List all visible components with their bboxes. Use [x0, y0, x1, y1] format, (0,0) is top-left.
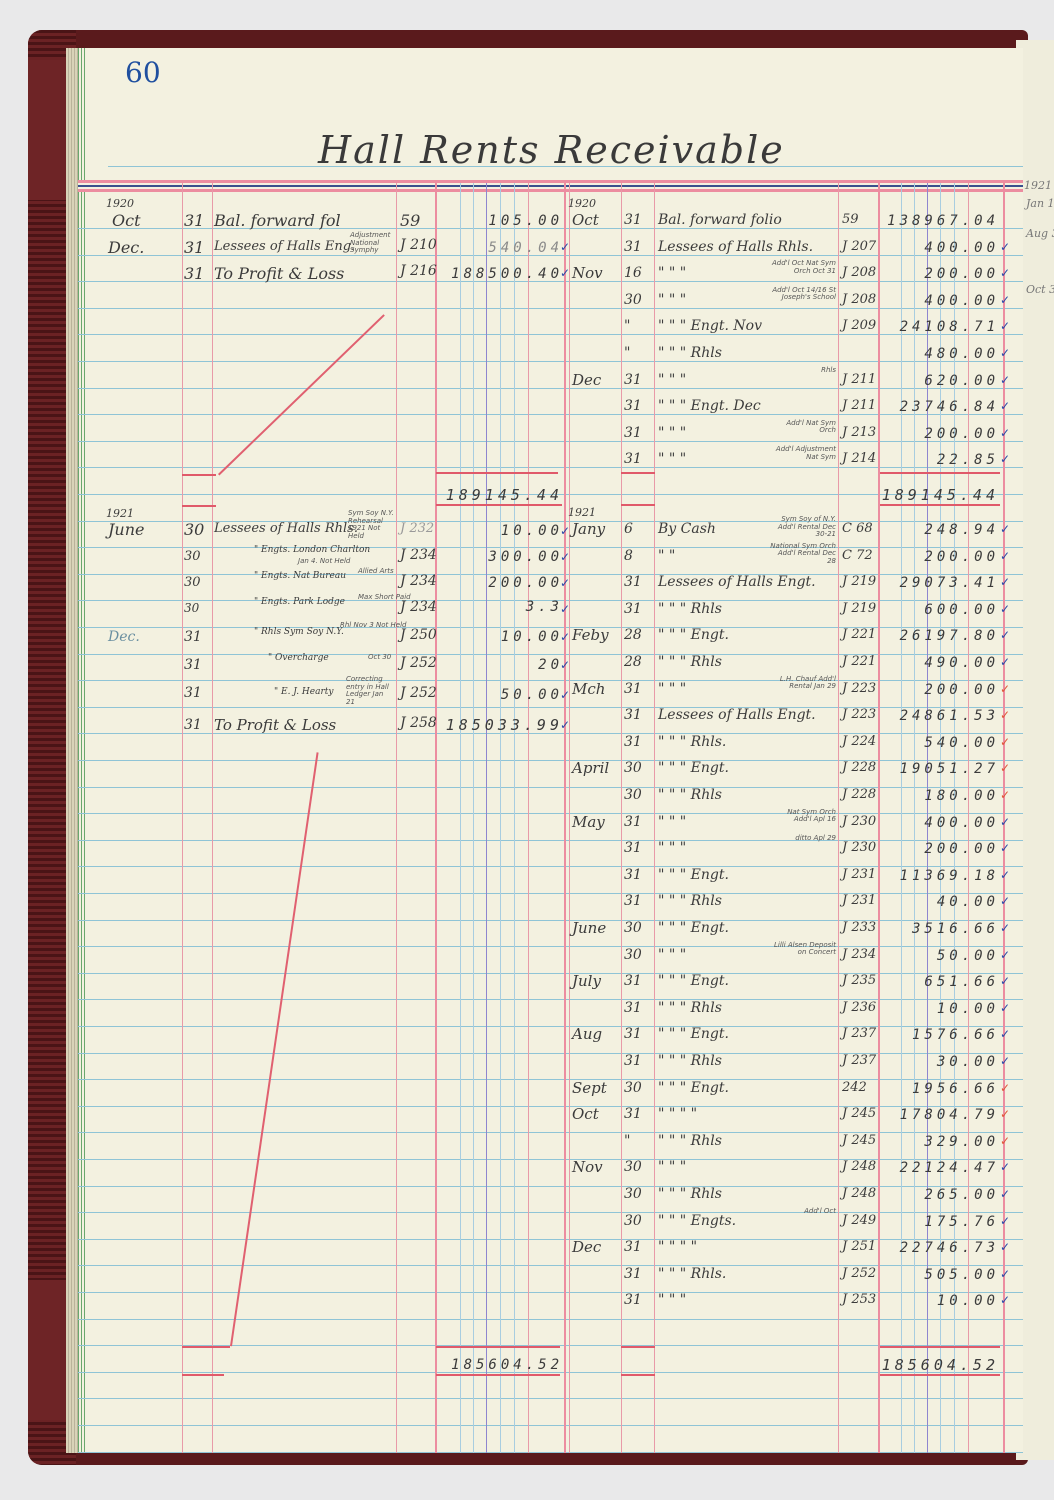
entry-note: ditto Apl 29: [768, 835, 836, 843]
closing-rule: [621, 1346, 655, 1348]
entry-month: July: [572, 974, 601, 989]
entry-particulars: " Rhls Sym Soy N.Y.: [254, 628, 344, 637]
entry-day: 30: [624, 1081, 642, 1095]
column-rule: [182, 183, 183, 1453]
entry-folio: J 233: [842, 921, 876, 934]
entry-folio: J 249: [842, 1214, 876, 1227]
entry-month: June: [572, 921, 606, 936]
entry-note: Lilli Alsen Deposit on Concert: [768, 942, 836, 957]
check-mark-icon: ✓: [560, 602, 570, 616]
check-mark-icon: ✓: [1000, 426, 1010, 440]
entry-folio: J 234: [400, 574, 437, 588]
entry-folio: J 251: [842, 1240, 876, 1253]
closing-diagonal-line: [218, 314, 384, 475]
check-mark-icon: ✓: [560, 524, 570, 538]
entry-amount: 22746.73: [900, 1241, 999, 1255]
entry-particulars: " " ": [658, 426, 686, 440]
entry-folio: J 211: [842, 399, 876, 412]
entry-amount: 50.00: [937, 949, 999, 963]
entry-day: 31: [624, 1001, 642, 1015]
entry-amount: 651.66: [924, 975, 999, 989]
entry-particulars: " " ": [658, 682, 686, 696]
check-mark-icon: ✓: [1000, 373, 1010, 387]
entry-amount: 19051.27: [900, 762, 999, 776]
entry-folio: J 252: [400, 686, 437, 700]
entry-particulars: Lessees of Halls Engt.: [658, 575, 816, 589]
horizontal-rule: [78, 361, 1023, 362]
entry-particulars: " " " ": [658, 1240, 697, 1254]
column-rule: [654, 183, 655, 1453]
horizontal-rule: [78, 999, 1023, 1000]
entry-amount: 300.00: [488, 550, 563, 564]
entry-folio: J 234: [400, 548, 437, 562]
entry-folio: J 223: [842, 682, 876, 695]
column-rule: [460, 183, 461, 1453]
check-mark-icon: ✓: [1000, 1293, 1010, 1307]
entry-amount: 22124.47: [900, 1161, 999, 1175]
title-underline: [108, 166, 1023, 167]
horizontal-rule: [78, 388, 1023, 389]
column-rule: [473, 183, 474, 1453]
entry-day: 30: [184, 576, 201, 589]
entry-amount: 200.00: [924, 267, 999, 281]
column-rule: [564, 183, 566, 1453]
entry-amount: 540.00: [924, 736, 999, 750]
credit-footer-total: 185604.52: [882, 1358, 999, 1373]
horizontal-rule: [78, 1053, 1023, 1054]
entry-day: 31: [624, 399, 642, 413]
entry-note: Add'l Oct: [768, 1208, 836, 1216]
entry-day: 31: [624, 602, 642, 616]
entry-day: 31: [184, 213, 204, 229]
entry-amount: 200.00: [924, 683, 999, 697]
horizontal-rule: [78, 1212, 1023, 1213]
check-mark-icon: ✓: [1000, 735, 1010, 749]
entry-amount: 188500.40: [451, 267, 563, 281]
closing-double-rule: [182, 1374, 224, 1376]
entry-particulars: " " " Rhls: [658, 1187, 722, 1201]
entry-folio: J 230: [842, 815, 876, 828]
horizontal-rule: [78, 1398, 1023, 1399]
entry-folio: J 258: [400, 716, 437, 730]
entry-day: 31: [624, 1293, 642, 1307]
entry-amount: 138967.04: [887, 214, 999, 228]
closing-rule: [436, 1346, 560, 1348]
check-mark-icon: ✓: [1000, 1001, 1010, 1015]
entry-day: 30: [624, 921, 642, 935]
entry-day: 31: [624, 682, 642, 696]
entry-particulars: Bal. forward folio: [658, 213, 782, 227]
horizontal-rule: [78, 1425, 1023, 1426]
entry-folio: J 237: [842, 1027, 876, 1040]
entry-day: 30: [624, 1160, 642, 1174]
entry-particulars: " " " Rhls: [658, 788, 722, 802]
entry-day: 31: [624, 894, 642, 908]
closing-double-rule: [436, 504, 562, 506]
entry-particulars: " " " Rhls: [658, 655, 722, 669]
check-mark-icon: ✓: [1000, 240, 1010, 254]
check-mark-icon: ✓: [1000, 974, 1010, 988]
entry-day: 31: [184, 240, 204, 256]
horizontal-rule: [78, 1319, 1023, 1320]
entry-day: 31: [184, 718, 202, 732]
entry-month: Oct: [572, 213, 599, 228]
entry-day: 31: [184, 658, 202, 672]
closing-rule: [880, 1346, 1000, 1348]
horizontal-rule: [78, 414, 1023, 415]
entry-day: 30: [624, 788, 642, 802]
check-mark-icon: ✓: [560, 266, 570, 280]
entry-particulars: " " ": [658, 815, 686, 829]
closing-rule: [182, 1346, 230, 1348]
entry-note: Oct 30: [368, 654, 391, 662]
entry-amount: 26197.80: [900, 629, 999, 643]
entry-amount: 200.00: [924, 427, 999, 441]
closing-rule: [880, 472, 1000, 474]
entry-particulars: " Overcharge: [268, 654, 329, 663]
check-mark-icon: ✓: [1000, 948, 1010, 962]
margin-line: [81, 48, 82, 1453]
entry-particulars: To Profit & Loss: [214, 718, 336, 733]
entry-folio: J 248: [842, 1160, 876, 1173]
credit-year: 1920: [568, 198, 596, 209]
entry-folio: C 68: [842, 522, 873, 535]
entry-amount: 620.00: [924, 374, 999, 388]
check-mark-icon: ✓: [1000, 1160, 1010, 1174]
entry-particulars: Bal. forward fol: [214, 213, 341, 229]
entry-folio: 59: [400, 213, 420, 229]
entry-month: June: [108, 522, 145, 538]
entry-day: ": [624, 319, 630, 333]
entry-day: 31: [624, 1107, 642, 1121]
entry-day: 30: [624, 293, 642, 307]
entry-folio: J 232: [400, 522, 434, 535]
entry-month: Dec: [572, 373, 601, 388]
entry-day: 31: [624, 841, 642, 855]
horizontal-rule: [78, 680, 1023, 681]
entry-folio: J 221: [842, 655, 876, 668]
entry-folio: J 207: [842, 240, 876, 253]
entry-day: 31: [184, 266, 204, 282]
check-mark-icon: ✓: [1000, 682, 1010, 696]
entry-day: 30: [624, 1214, 642, 1228]
entry-month: Nov: [572, 1160, 603, 1175]
column-rule: [528, 183, 529, 1453]
check-mark-icon: ✓: [1000, 655, 1010, 669]
entry-folio: J 219: [842, 575, 876, 588]
entry-amount: 540.04: [488, 241, 563, 255]
debit-footer-total: 185604.52: [451, 1358, 563, 1372]
entry-day: 28: [624, 628, 642, 642]
entry-particulars: " " ": [658, 266, 686, 280]
horizontal-rule: [78, 840, 1023, 841]
entry-day: 31: [624, 1240, 642, 1254]
entry-note: Sym Soy N.Y. Rehearsal 1921 Not Held: [348, 510, 398, 541]
entry-amount: 1576.66: [912, 1028, 999, 1042]
check-mark-icon: ✓: [560, 718, 570, 732]
entry-folio: J 209: [842, 319, 876, 332]
entry-particulars: " " " Engt.: [658, 921, 729, 935]
closing-double-rule: [880, 504, 1000, 506]
entry-amount: 105.00: [488, 214, 563, 228]
entry-month: Mch: [572, 682, 605, 697]
entry-folio: J 216: [400, 264, 437, 278]
entry-day: 31: [624, 240, 642, 254]
entry-folio: J 223: [842, 708, 876, 721]
entry-amount: 40.00: [937, 895, 999, 909]
column-rule: [486, 183, 487, 1453]
entry-folio: J 253: [842, 1293, 876, 1306]
check-mark-icon: ✓: [1000, 708, 1010, 722]
entry-amount: 505.00: [924, 1268, 999, 1282]
entry-particulars: " " " Engt.: [658, 1081, 729, 1095]
entry-day: 31: [624, 426, 642, 440]
entry-month: Jany: [572, 522, 605, 537]
entry-particulars: " " " Rhls: [658, 894, 722, 908]
entry-particulars: " " " Rhls.: [658, 1267, 726, 1281]
check-mark-icon: ✓: [1000, 293, 1010, 307]
entry-particulars: " " " Rhls: [658, 1054, 722, 1068]
entry-amount: 17804.79: [900, 1108, 999, 1122]
entry-amount: 1956.66: [912, 1082, 999, 1096]
entry-note: Correcting entry in Hall Ledger Jan 21: [346, 676, 394, 707]
entry-particulars: " " " Engt. Dec: [658, 399, 761, 413]
check-mark-icon: ✓: [1000, 788, 1010, 802]
margin-line: [78, 48, 79, 1453]
closing-double-rule: [621, 504, 655, 506]
horizontal-rule: [78, 441, 1023, 442]
horizontal-rule: [78, 1106, 1023, 1107]
entry-amount: 22.85: [937, 453, 999, 467]
entry-folio: J 210: [400, 238, 437, 252]
entry-day: 31: [624, 1267, 642, 1281]
check-mark-icon: ✓: [1000, 266, 1010, 280]
entry-amount: 10.00: [501, 524, 563, 538]
entry-folio: J 213: [842, 426, 876, 439]
column-rule: [878, 183, 880, 1453]
entry-folio: J 236: [842, 1001, 876, 1014]
entry-particulars: " E. J. Hearty: [274, 688, 333, 697]
entry-folio: J 224: [842, 735, 876, 748]
check-mark-icon: ✓: [1000, 452, 1010, 466]
entry-folio: J 221: [842, 628, 876, 641]
ledger-page: 60 Hall Rents Receivable 1920 Oct 31 Bal…: [78, 48, 1023, 1453]
entry-note: Rhl Nov 3 Not Held: [340, 622, 406, 630]
horizontal-rule: [78, 787, 1023, 788]
entry-month: Sept: [572, 1081, 607, 1096]
entry-note: Add'l Nat Sym Orch: [768, 420, 836, 435]
check-mark-icon: ✓: [1000, 1187, 1010, 1201]
entry-particulars: " ": [658, 549, 675, 563]
check-mark-icon: ✓: [1000, 628, 1010, 642]
entry-particulars: " " " Engt.: [658, 628, 729, 642]
entry-particulars: " " " Engt. Nov: [658, 319, 762, 333]
entry-amount: 3516.66: [912, 922, 999, 936]
check-mark-icon: ✓: [1000, 1107, 1010, 1121]
entry-particulars: " " " Engt.: [658, 1027, 729, 1041]
closing-diagonal-line: [230, 752, 318, 1346]
horizontal-rule: [78, 760, 1023, 761]
horizontal-rule: [78, 707, 1023, 708]
horizontal-rule: [78, 920, 1023, 921]
entry-amount: 10.00: [937, 1002, 999, 1016]
entry-day: 31: [624, 1054, 642, 1068]
entry-day: 8: [624, 549, 633, 563]
entry-folio: J 231: [842, 868, 876, 881]
column-rule: [435, 183, 437, 1453]
horizontal-rule: [78, 1186, 1023, 1187]
horizontal-rule: [78, 893, 1023, 894]
entry-amount: 480.00: [924, 347, 999, 361]
check-mark-icon: ✓: [1000, 1081, 1010, 1095]
entry-day: 31: [624, 575, 642, 589]
entry-day: 30: [184, 522, 204, 538]
horizontal-rule: [78, 866, 1023, 867]
column-rule: [212, 183, 213, 1453]
check-mark-icon: ✓: [1000, 602, 1010, 616]
column-rule: [514, 183, 515, 1453]
horizontal-rule: [78, 1292, 1023, 1293]
entry-day: 31: [624, 868, 642, 882]
check-mark-icon: ✓: [1000, 522, 1010, 536]
check-mark-icon: ✓: [1000, 1267, 1010, 1281]
entry-amount: 24861.53: [900, 709, 999, 723]
entry-particulars: By Cash: [658, 522, 716, 536]
closing-rule: [182, 474, 216, 476]
entry-amount: 200.00: [924, 550, 999, 564]
entry-particulars: " Engts. Park Lodge: [254, 598, 345, 607]
entry-particulars: " Engts. London Charlton: [254, 546, 370, 555]
page-number: 60: [125, 56, 161, 89]
entry-month: Dec.: [108, 240, 144, 256]
entry-folio: J 234: [842, 948, 876, 961]
next-page-line: Jan 12: [1026, 198, 1054, 209]
entry-day: 31: [624, 213, 642, 227]
closing-rule: [621, 472, 655, 474]
entry-day: 30: [624, 1187, 642, 1201]
entry-day: 30: [624, 761, 642, 775]
entry-month: Aug: [572, 1027, 602, 1042]
check-mark-icon: ✓: [1000, 761, 1010, 775]
entry-amount: 175.76: [924, 1215, 999, 1229]
entry-particulars: To Profit & Loss: [214, 266, 344, 282]
entry-month: May: [572, 815, 605, 830]
check-mark-icon: ✓: [1000, 399, 1010, 413]
entry-folio: J 219: [842, 602, 876, 615]
closing-rule: [436, 472, 558, 474]
check-mark-icon: ✓: [560, 630, 570, 644]
entry-day: 28: [624, 655, 642, 669]
entry-folio: J 231: [842, 894, 876, 907]
horizontal-rule: [78, 654, 1023, 655]
check-mark-icon: ✓: [1000, 815, 1010, 829]
debit-footer-total: 189145.44: [446, 488, 563, 503]
entry-folio: J 245: [842, 1107, 876, 1120]
entry-particulars: " " ": [658, 948, 686, 962]
column-rule: [914, 183, 915, 1453]
check-mark-icon: ✓: [1000, 1214, 1010, 1228]
entry-folio: J 245: [842, 1134, 876, 1147]
horizontal-rule: [78, 1452, 1023, 1453]
horizontal-rule: [78, 813, 1023, 814]
entry-amount: 600.00: [924, 603, 999, 617]
closing-double-rule: [436, 1374, 560, 1376]
check-mark-icon: ✓: [560, 550, 570, 564]
debit-year: 1921: [106, 508, 134, 519]
entry-particulars: " " " Rhls: [658, 346, 722, 360]
entry-note: Adjustment National Symphy: [350, 232, 400, 255]
entry-folio: J 252: [842, 1267, 876, 1280]
entry-particulars: " " ": [658, 373, 686, 387]
check-mark-icon: ✓: [1000, 1240, 1010, 1254]
entry-day: 31: [624, 452, 642, 466]
entry-note: Add'l Adjustment Nat Sym: [768, 446, 836, 461]
check-mark-icon: ✓: [560, 240, 570, 254]
horizontal-rule: [78, 946, 1023, 947]
entry-particulars: " " " Engt.: [658, 974, 729, 988]
entry-amount: 400.00: [924, 241, 999, 255]
credit-year: 1921: [568, 507, 596, 518]
next-page-line: Oct 31: [1026, 284, 1054, 295]
entry-folio: J 248: [842, 1187, 876, 1200]
check-mark-icon: ✓: [1000, 868, 1010, 882]
entry-folio: J 234: [400, 600, 437, 614]
check-mark-icon: ✓: [1000, 921, 1010, 935]
entry-day: ": [624, 1134, 630, 1148]
horizontal-rule: [78, 627, 1023, 628]
entry-day: 30: [184, 602, 199, 614]
closing-rule: [182, 505, 216, 507]
entry-note: Rhls: [768, 367, 836, 375]
entry-note: National Sym Orch Add'l Rental Dec 28: [768, 543, 836, 566]
entry-day: 31: [624, 373, 642, 387]
debit-year: 1920: [106, 198, 134, 209]
entry-day: 30: [624, 948, 642, 962]
entry-particulars: " " " Engt.: [658, 868, 729, 882]
entry-folio: J 228: [842, 788, 876, 801]
horizontal-rule: [78, 973, 1023, 974]
check-mark-icon: ✓: [1000, 549, 1010, 563]
entry-particulars: Lessees of Halls Rhls.: [214, 522, 358, 535]
horizontal-rule: [78, 1079, 1023, 1080]
entry-month: April: [572, 761, 609, 776]
check-mark-icon: ✓: [1000, 1027, 1010, 1041]
entry-amount: 10.00: [937, 1294, 999, 1308]
horizontal-rule: [78, 1159, 1023, 1160]
entry-folio: J 214: [842, 452, 876, 465]
entry-folio: J 208: [842, 293, 876, 306]
next-page-year: 1921: [1024, 180, 1052, 191]
next-page-line: Aug 30: [1026, 228, 1054, 239]
horizontal-rule: [78, 334, 1023, 335]
entry-particulars: " " ": [658, 841, 686, 855]
column-rule: [396, 183, 397, 1453]
entry-folio: J 250: [400, 628, 437, 642]
entry-amount: 265.00: [924, 1188, 999, 1202]
entry-day: 31: [624, 1027, 642, 1041]
entry-particulars: " " ": [658, 1293, 686, 1307]
entry-amount: 329.00: [924, 1135, 999, 1149]
entry-day: ": [624, 346, 630, 360]
column-rule: [500, 183, 501, 1453]
entry-month: Oct: [112, 213, 141, 229]
entry-folio: 59: [842, 213, 859, 226]
horizontal-rule: [78, 1265, 1023, 1266]
check-mark-icon: ✓: [1000, 841, 1010, 855]
entry-amount: 29073.41: [900, 576, 999, 590]
column-rule: [569, 183, 570, 1453]
entry-folio: J 252: [400, 656, 437, 670]
